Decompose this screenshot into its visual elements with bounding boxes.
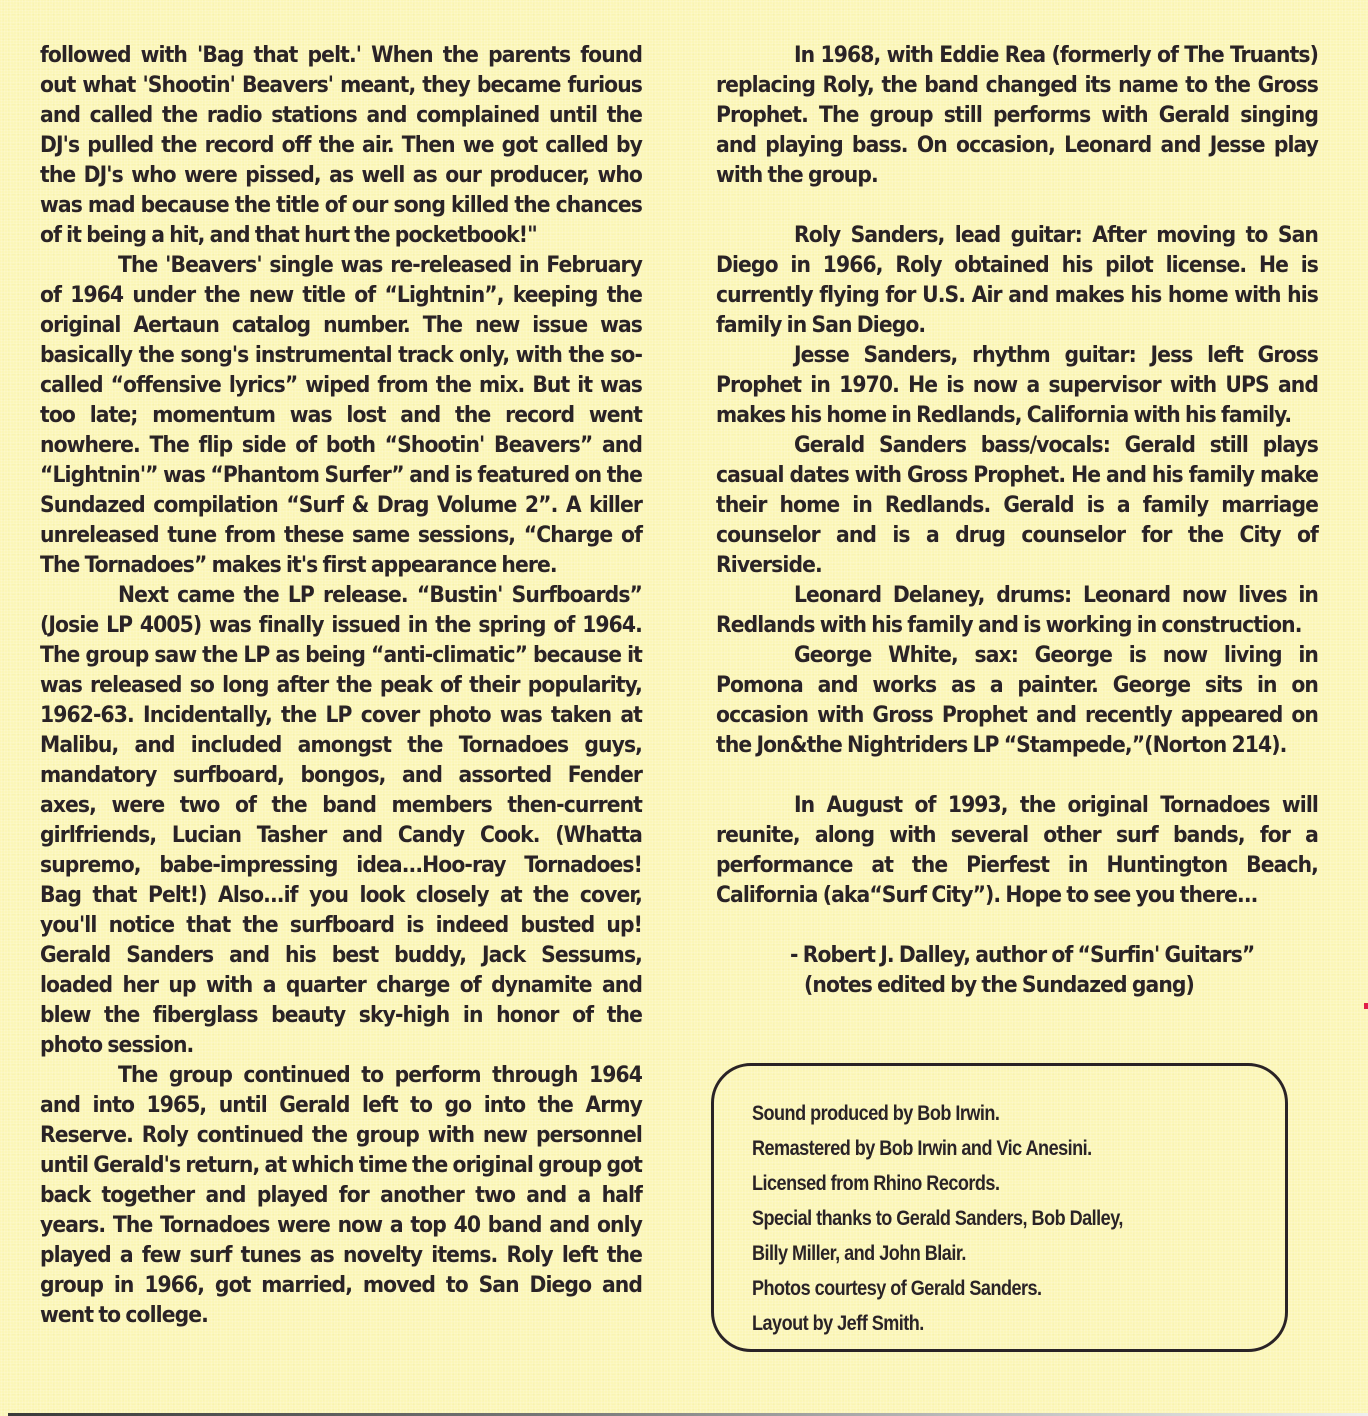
paragraph-group-continued: The group continued to perform through 1… xyxy=(40,1060,642,1330)
member-bio-george-white: George White, sax: George is now living … xyxy=(716,640,1318,760)
signature-editor-line: (notes edited by the Sundazed gang) xyxy=(790,970,1318,1000)
spacer xyxy=(716,760,1318,790)
spacer xyxy=(716,910,1318,940)
member-bio-roly-sanders: Roly Sanders, lead guitar: After moving … xyxy=(716,220,1318,340)
credits-list: Sound produced by Bob Irwin. Remastered … xyxy=(752,1096,1123,1341)
paragraph-lightnin-rerelease: The 'Beavers' single was re-released in … xyxy=(40,250,642,580)
credit-line: Layout by Jeff Smith. xyxy=(752,1306,1123,1341)
member-bio-jesse-sanders: Jesse Sanders, rhythm guitar: Jess left … xyxy=(716,340,1318,430)
credit-line: Licensed from Rhino Records. xyxy=(752,1166,1123,1201)
credit-line: Remastered by Bob Irwin and Vic Anesini. xyxy=(752,1131,1123,1166)
spacer xyxy=(716,190,1318,220)
liner-notes-page: followed with 'Bag that pelt.' When the … xyxy=(0,0,1368,1416)
paragraph-shootin-beavers-aftermath: followed with 'Bag that pelt.' When the … xyxy=(40,40,642,250)
member-bio-leonard-delaney: Leonard Delaney, drums: Leonard now live… xyxy=(716,580,1318,640)
scan-edge-mark xyxy=(1364,1003,1368,1009)
paragraph-reunion: In August of 1993, the original Tornadoe… xyxy=(716,790,1318,910)
credits-box: Sound produced by Bob Irwin. Remastered … xyxy=(711,1063,1288,1352)
member-bio-gerald-sanders: Gerald Sanders bass/vocals: Gerald still… xyxy=(716,430,1318,580)
paragraph-lp-release: Next came the LP release. “Bustin' Surfb… xyxy=(40,580,642,1060)
credit-line: Billy Miller, and John Blair. xyxy=(752,1236,1123,1271)
left-text-column: followed with 'Bag that pelt.' When the … xyxy=(40,40,642,1330)
credit-line: Sound produced by Bob Irwin. xyxy=(752,1096,1123,1131)
right-text-column: In 1968, with Eddie Rea (formerly of The… xyxy=(716,40,1318,1000)
author-signature: - Robert J. Dalley, author of “Surfin' G… xyxy=(790,940,1318,1000)
credit-line: Special thanks to Gerald Sanders, Bob Da… xyxy=(752,1201,1123,1236)
paragraph-gross-prophet: In 1968, with Eddie Rea (formerly of The… xyxy=(716,40,1318,190)
credit-line: Photos courtesy of Gerald Sanders. xyxy=(752,1271,1123,1306)
signature-author-line: - Robert J. Dalley, author of “Surfin' G… xyxy=(790,942,1254,968)
